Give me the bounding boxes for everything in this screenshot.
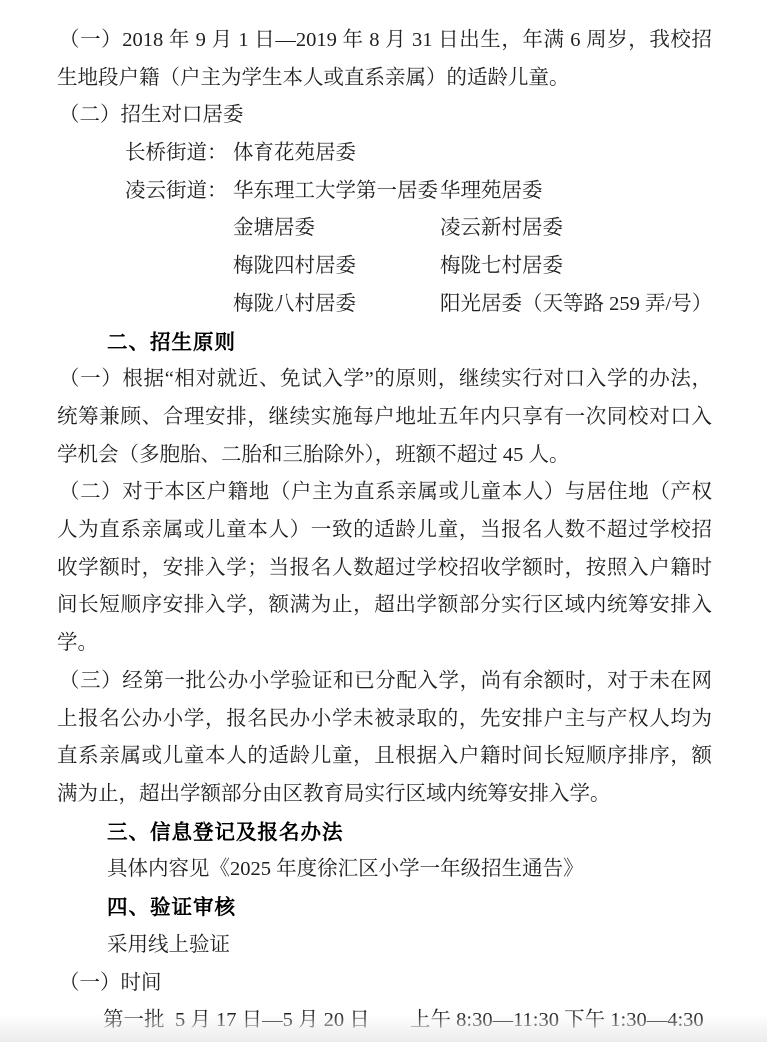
paragraph: （一）2018 年 9 月 1 日—2019 年 8 月 31 日出生，年满 6… [57,22,712,97]
street-label: 长桥街道： [125,135,228,173]
schedule-batch: 第一批 [103,1002,165,1040]
schedule-times: 上午 8:30—11:30 下午 1:30—4:30 [410,1002,704,1040]
committee-row: 长桥街道：体育花苑居委 [57,135,712,173]
committee-row: 梅陇八村居委阳光居委（天等路 259 弄/号） [57,286,712,324]
committee-col2: 凌云新村居委 [440,210,563,248]
committee-col2: 阳光居委（天等路 259 弄/号） [440,286,712,324]
committee-col2: 华理苑居委 [440,173,543,211]
paragraph: （二）对于本区户籍地（户主为直系亲属或儿童本人）与居住地（产权人为直系亲属或儿童… [57,474,712,663]
paragraph: 采用线上验证 [57,927,712,965]
committee-col1: 梅陇八村居委 [233,286,356,324]
section-heading: 三、信息登记及报名办法 [57,814,712,852]
paragraph: （三）经第一批公办小学验证和已分配入学，尚有余额时，对于未在网上报名公办小学，报… [57,663,712,814]
schedule-dates: 5 月 17 日—5 月 20 日 [175,1002,370,1040]
paragraph: （一）时间 [57,965,712,1003]
section-heading: 四、验证审核 [57,889,712,927]
committee-col1: 体育花苑居委 [233,135,356,173]
paragraph: （二）招生对口居委 [57,97,712,135]
committee-row: 金塘居委凌云新村居委 [57,210,712,248]
committee-row: 凌云街道：华东理工大学第一居委华理苑居委 [57,173,712,211]
committee-col1: 金塘居委 [233,210,315,248]
committee-col1: 梅陇四村居委 [233,248,356,286]
committee-row: 梅陇四村居委梅陇七村居委 [57,248,712,286]
document-page: （一）2018 年 9 月 1 日—2019 年 8 月 31 日出生，年满 6… [0,0,767,1040]
section-heading: 二、招生原则 [57,324,712,362]
committee-col2: 梅陇七村居委 [440,248,563,286]
paragraph: 具体内容见《2025 年度徐汇区小学一年级招生通告》 [57,851,712,889]
street-label: 凌云街道： [125,173,228,211]
committee-col1: 华东理工大学第一居委 [233,173,438,211]
schedule-row: 第一批5 月 17 日—5 月 20 日上午 8:30—11:30 下午 1:3… [57,1002,712,1040]
paragraph: （一）根据“相对就近、免试入学”的原则，继续实行对口入学的办法，统筹兼顾、合理安… [57,361,712,474]
page: { "page": { "background_color": "#ffffff… [0,0,767,1042]
